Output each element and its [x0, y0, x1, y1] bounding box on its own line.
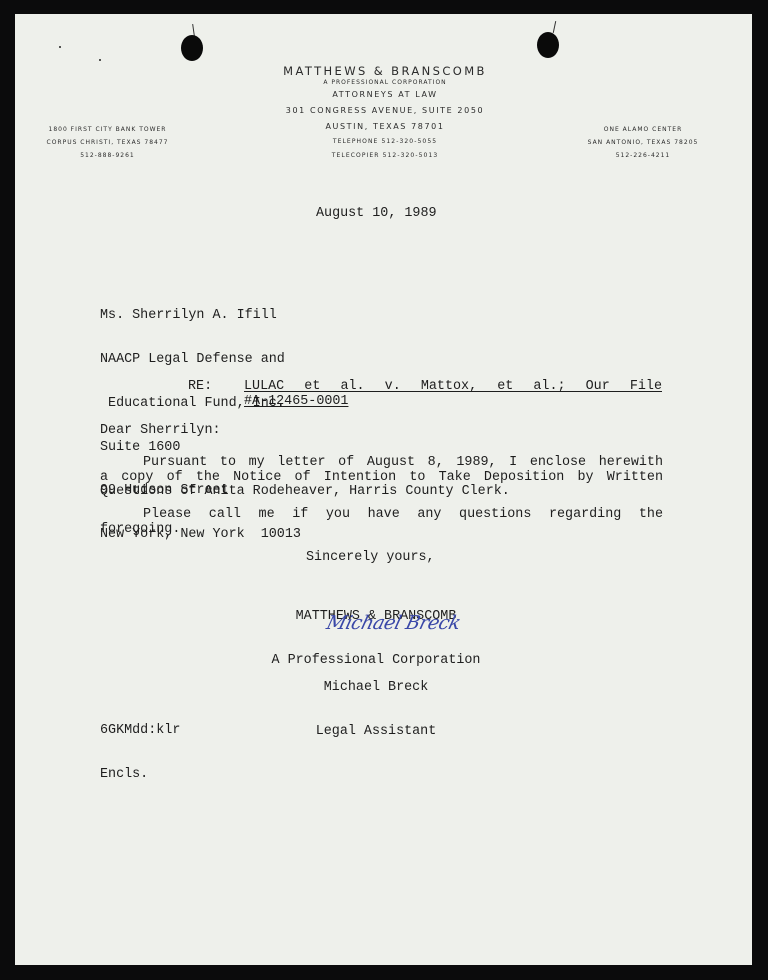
punch-hole-mark — [553, 21, 556, 33]
firm-practice: ATTORNEYS AT LAW — [235, 87, 535, 103]
re-subject-text: LULAC et al. v. Mattox, et al.; Our File — [244, 379, 662, 394]
paragraph-1-line-1: Pursuant to my letter of August 8, 1989,… — [100, 456, 663, 471]
letter-date: August 10, 1989 — [316, 207, 437, 222]
signer-name: Michael Breck — [263, 681, 489, 696]
paper-speck — [99, 59, 101, 61]
right-office-line2: SAN ANTONIO, TEXAS 78205 — [568, 136, 718, 149]
recipient-name: Ms. Sherrilyn A. Ifill — [100, 309, 301, 324]
letterhead-right-office: ONE ALAMO CENTER SAN ANTONIO, TEXAS 7820… — [568, 123, 718, 162]
handwritten-signature: Michael Breck — [324, 612, 463, 634]
re-label: RE: — [188, 380, 212, 395]
closing: Sincerely yours, — [306, 551, 435, 566]
paragraph-2-line-2: foregoing. — [100, 523, 663, 538]
reference-initials: 6GKMdd:klr — [100, 724, 180, 739]
re-subject-line1: LULAC et al. v. Mattox, et al.; Our File — [244, 380, 662, 395]
left-office-line1: 1800 FIRST CITY BANK TOWER — [30, 123, 185, 136]
signer-block: Michael Breck Legal Assistant — [263, 652, 489, 769]
firm-telephone: TELEPHONE 512-320-5055 — [235, 135, 535, 149]
letterhead-left-office: 1800 FIRST CITY BANK TOWER CORPUS CHRIST… — [30, 123, 185, 162]
recipient-suite: Suite 1600 — [100, 441, 301, 456]
re-subject-line2: #A-12465-0001 — [244, 395, 348, 410]
paragraph-1-line-3: Questions of Anita Rodeheaver, Harris Co… — [100, 485, 663, 500]
firm-type: A PROFESSIONAL CORPORATION — [235, 78, 535, 87]
letterhead-main: MATTHEWS & BRANSCOMB A PROFESSIONAL CORP… — [235, 64, 535, 163]
paper-speck — [59, 46, 61, 48]
firm-address-line1: 301 CONGRESS AVENUE, SUITE 2050 — [235, 103, 535, 119]
left-office-line2: CORPUS CHRISTI, TEXAS 78477 — [30, 136, 185, 149]
firm-address-line2: AUSTIN, TEXAS 78701 — [235, 119, 535, 135]
paragraph-2-line-1: Please call me if you have any questions… — [100, 508, 663, 523]
salutation: Dear Sherrilyn: — [100, 424, 221, 439]
enclosures-note: Encls. — [100, 768, 180, 783]
right-office-phone: 512-226-4211 — [568, 149, 718, 162]
body-paragraph-2: Please call me if you have any questions… — [100, 508, 663, 537]
re-file-number: #A-12465-0001 — [244, 394, 348, 409]
punch-hole — [181, 35, 203, 61]
right-office-line1: ONE ALAMO CENTER — [568, 123, 718, 136]
punch-hole — [537, 32, 559, 58]
left-office-phone: 512-888-9261 — [30, 149, 185, 162]
firm-name: MATTHEWS & BRANSCOMB — [235, 64, 535, 78]
signer-title: Legal Assistant — [263, 725, 489, 740]
firm-telecopier: TELECOPIER 512-320-5013 — [235, 149, 535, 163]
letter-page: MATTHEWS & BRANSCOMB A PROFESSIONAL CORP… — [15, 14, 752, 965]
recipient-org-line1: NAACP Legal Defense and — [100, 353, 301, 368]
body-paragraph-1: Pursuant to my letter of August 8, 1989,… — [100, 456, 663, 500]
paragraph-1-line-2: a copy of the Notice of Intention to Tak… — [100, 471, 663, 486]
reference-block: 6GKMdd:klr Encls. — [100, 695, 180, 812]
